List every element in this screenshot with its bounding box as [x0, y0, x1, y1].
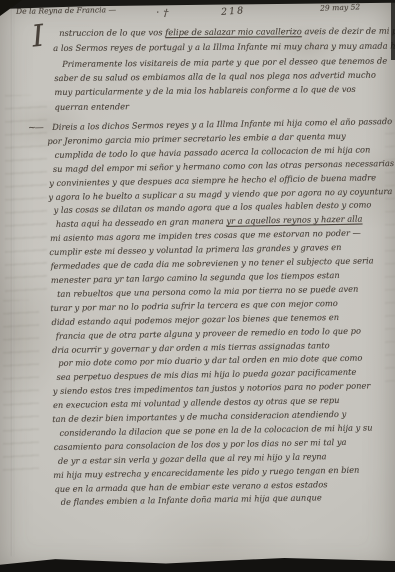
- heading-text: aveis de dezir de mi parte: [302, 25, 395, 36]
- heading-text: nstruccion de lo que vos: [59, 27, 165, 38]
- date-annotation: 29 may 52: [320, 2, 360, 12]
- manuscript-page: De la Reyna de Francia — ·† 218 29 may 5…: [0, 0, 395, 572]
- cross-icon: †: [163, 8, 173, 20]
- heading-line: a los Sermos reyes de portugal y a la Il…: [53, 38, 390, 54]
- photo-edge-right: [391, 0, 395, 60]
- bleed-through-smudge: [3, 300, 39, 480]
- line-text: hasta aqui ha desseado en gran manera: [56, 216, 227, 229]
- photo-edge-bottom: [0, 553, 395, 572]
- paragraph-main: ~— Direis a los dichos Sermos reyes y a …: [48, 115, 395, 510]
- paragraph-first: Primeramente los visitareis de mia parte…: [54, 53, 392, 113]
- margin-dash: ~—: [28, 122, 43, 136]
- underlined-phrase: felipe de salazar mio cavallerizo: [165, 26, 302, 37]
- heading-block: I nstruccion de lo que vos felipe de sal…: [46, 24, 390, 55]
- manuscript-line: querran entender: [54, 96, 391, 114]
- line-text: de flandes embien a la Infante doña mari…: [61, 493, 322, 508]
- page-number: 218: [221, 5, 246, 18]
- cross-mark: ·†: [156, 7, 173, 19]
- underlined-phrase: yr a aquellos reynos y hazer alla: [226, 214, 362, 226]
- heading-line: nstruccion de lo que vos felipe de salaz…: [59, 24, 390, 40]
- heading-initial: I: [30, 21, 45, 52]
- manuscript-photo: De la Reyna de Francia — ·† 218 29 may 5…: [0, 0, 395, 572]
